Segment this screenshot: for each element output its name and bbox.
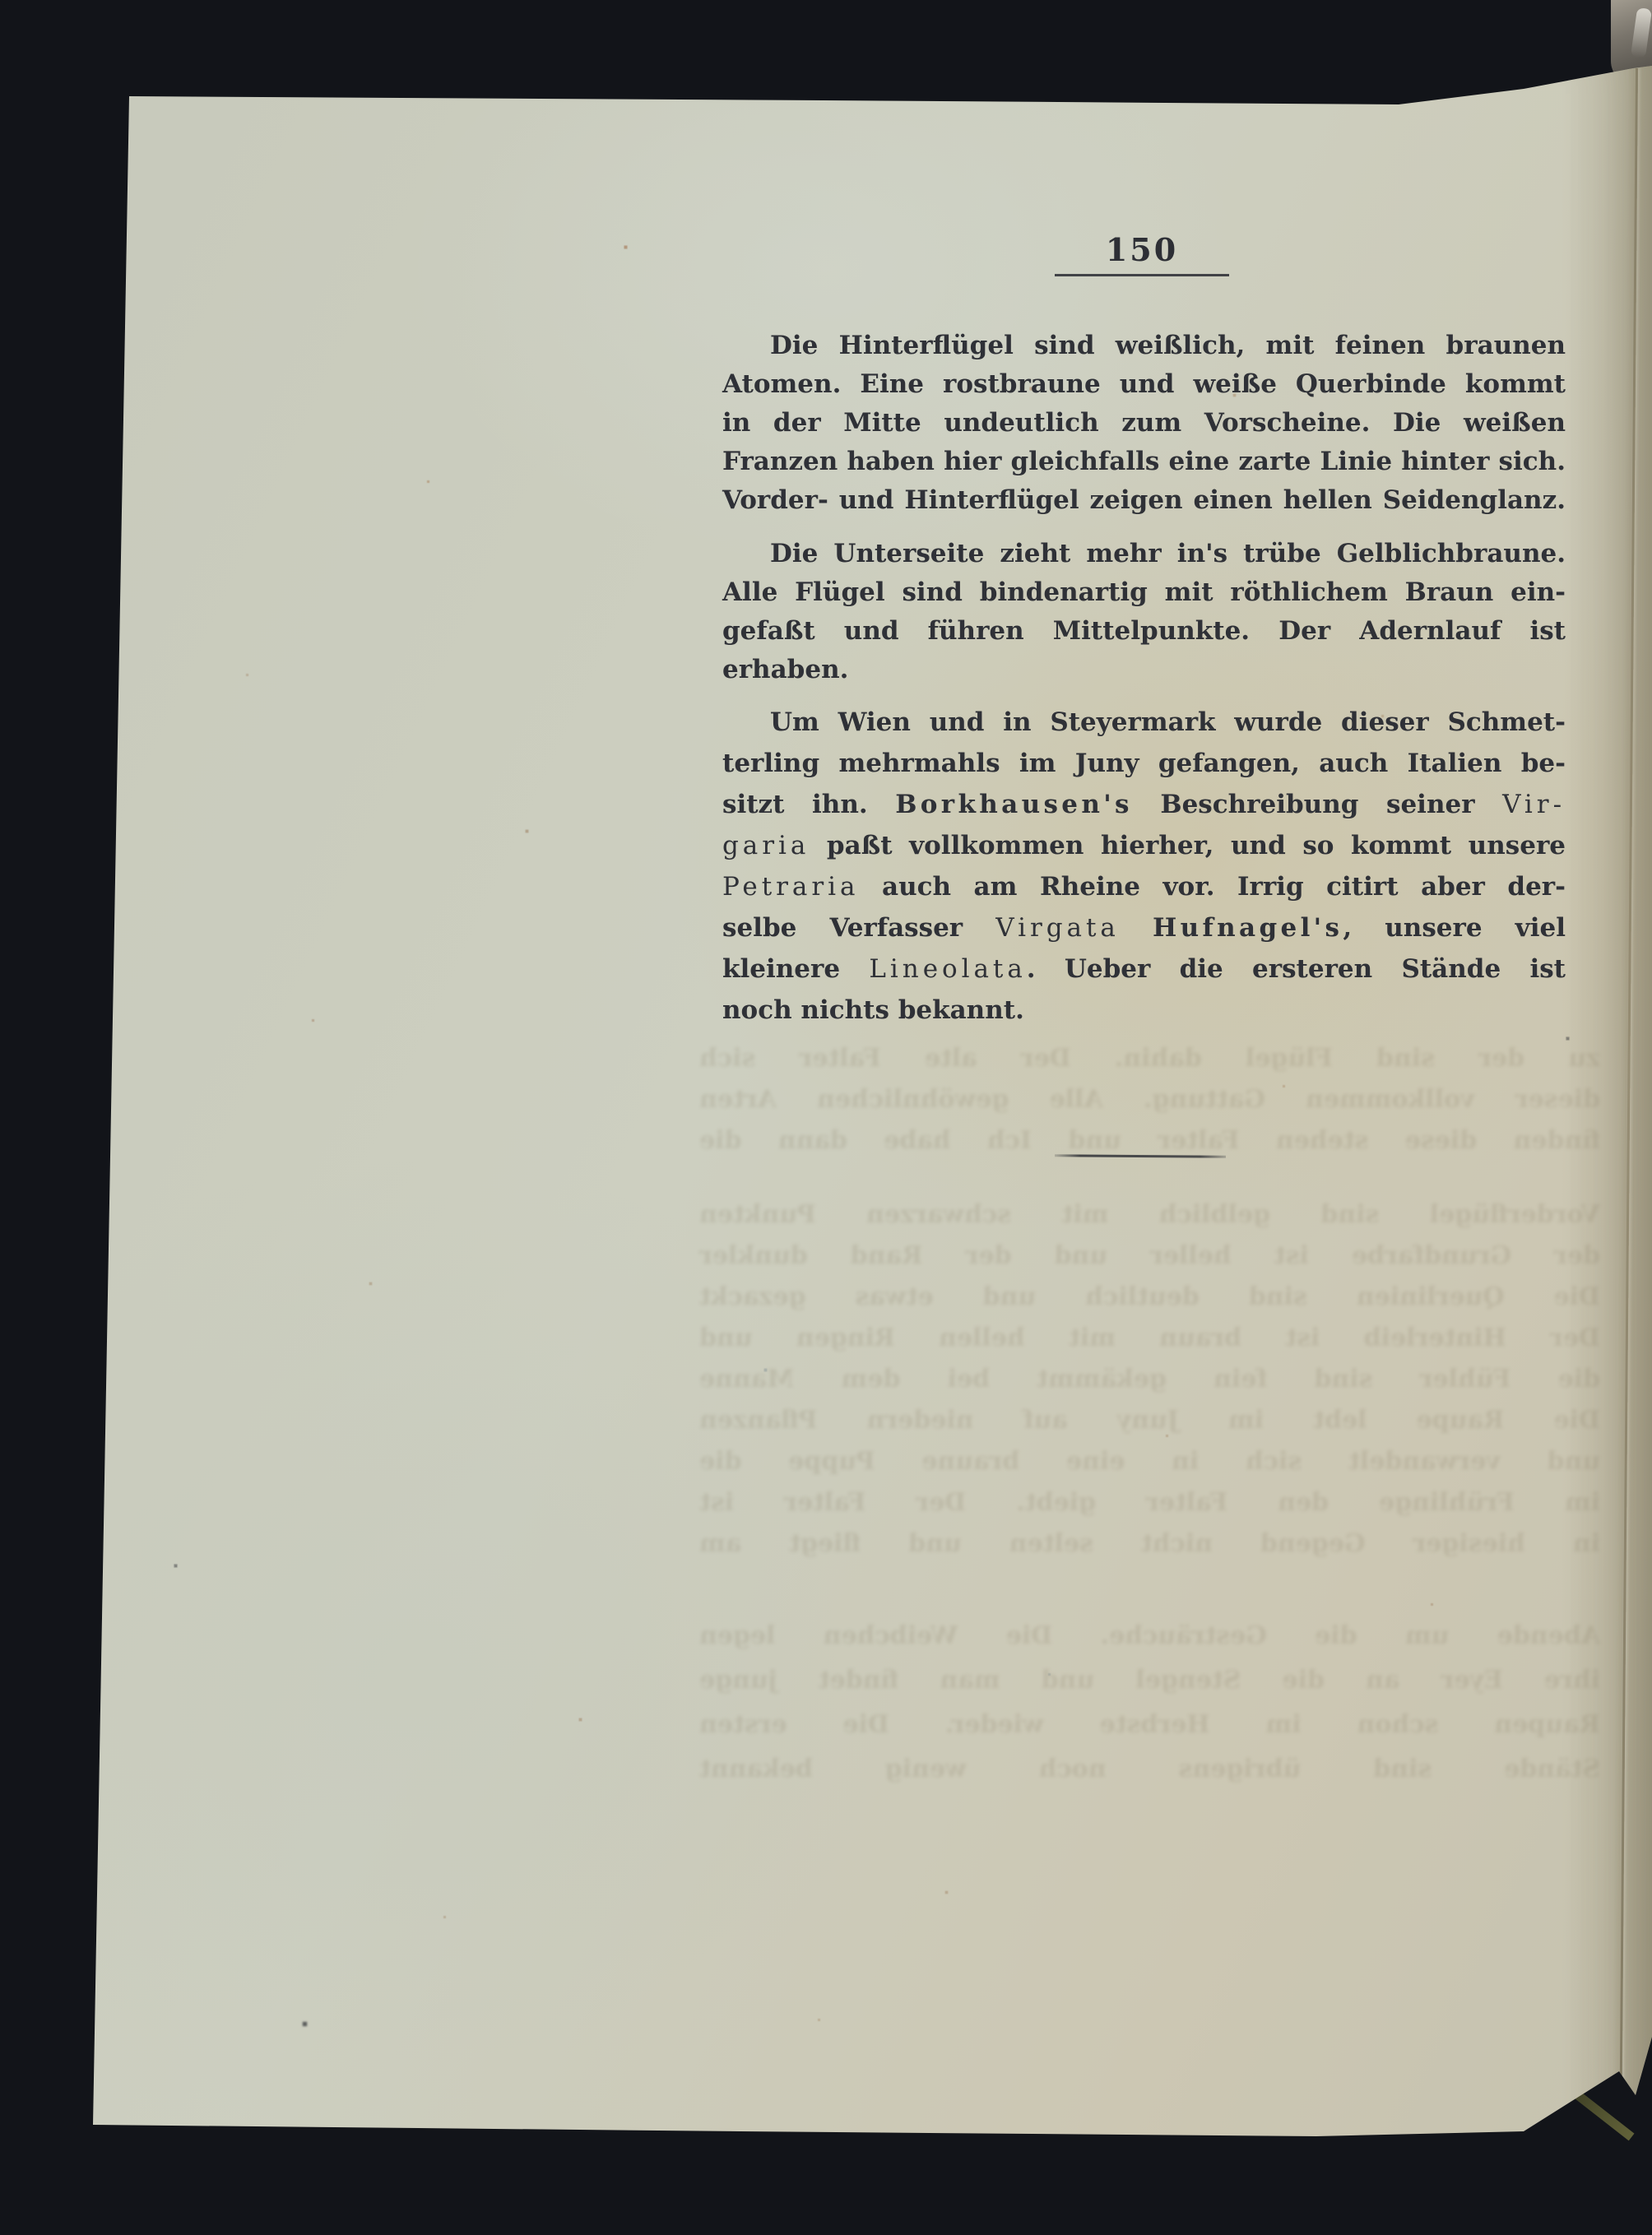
gutter-shading [0,0,1652,2235]
paper-specks [0,0,1,1]
book-page: zu der sind Flügel dahin. Der alte Falte… [0,0,1652,2235]
scan-background: zu der sind Flügel dahin. Der alte Falte… [0,0,1652,2235]
